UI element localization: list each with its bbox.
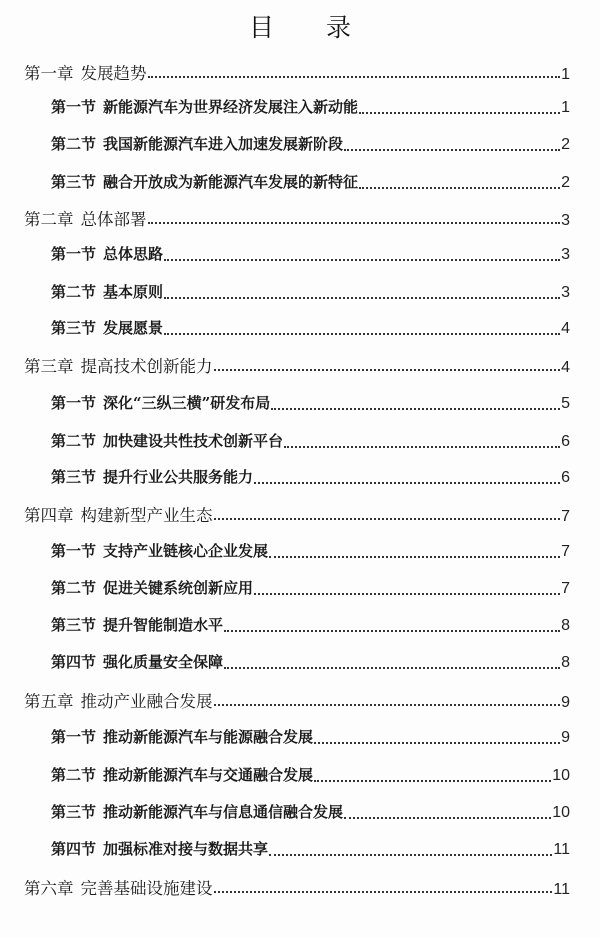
page-number: 6 [561,433,570,451]
section-title: 加强标准对接与数据共享 [103,838,268,859]
section-title: 加快建设共性技术创新平台 [103,430,283,451]
section-title: 提升智能制造水平 [103,614,223,635]
dot-leader [214,369,561,371]
page-number: 6 [561,469,570,487]
section-title: 强化质量安全保障 [103,651,223,672]
dot-leader [254,593,560,595]
toc-section-entry[interactable]: 第二节我国新能源汽车进入加速发展新阶段2 [51,133,570,159]
page-number: 2 [561,136,570,154]
page-number: 8 [561,654,570,672]
section-number: 第二节 [51,577,96,598]
toc-section-entry[interactable]: 第三节提升行业公共服务能力6 [51,466,570,492]
section-number: 第四节 [51,838,96,859]
section-title: 总体思路 [103,243,163,264]
section-number: 第二节 [51,133,96,154]
toc-section-entry[interactable]: 第二节加快建设共性技术创新平台6 [51,430,570,456]
dot-leader [164,259,560,261]
dot-leader [254,482,560,484]
chapter-number: 第三章 [24,353,74,377]
toc-section-entry[interactable]: 第一节新能源汽车为世界经济发展注入新动能1 [51,96,570,122]
chapter-number: 第一章 [24,60,74,84]
dot-leader [271,408,560,410]
section-title: 融合开放成为新能源汽车发展的新特征 [103,171,358,192]
toc-section-entry[interactable]: 第四节加强标准对接与数据共享11 [51,838,570,864]
toc-chapter-entry[interactable]: 第五章推动产业融合发展9 [24,688,570,714]
page-number: 4 [561,320,570,338]
page-number: 10 [552,767,570,785]
page-number: 7 [561,543,570,561]
page-number: 2 [561,174,570,192]
dot-leader [269,556,560,558]
dot-leader [214,518,561,520]
section-number: 第三节 [51,614,96,635]
chapter-title: 提高技术创新能力 [81,353,213,377]
section-title: 支持产业链核心企业发展 [103,540,268,561]
page-number: 1 [561,99,570,117]
chapter-title: 构建新型产业生态 [81,502,213,526]
chapter-title: 总体部署 [81,206,147,230]
section-number: 第四节 [51,651,96,672]
dot-leader [214,704,561,706]
page-number: 7 [561,508,570,526]
section-number: 第一节 [51,96,96,117]
dot-leader [148,76,561,78]
chapter-title: 完善基础设施建设 [81,875,213,899]
page-number: 3 [561,284,570,302]
page-number: 3 [561,246,570,264]
toc-chapter-entry[interactable]: 第一章发展趋势1 [24,60,570,86]
section-title: 推动新能源汽车与交通融合发展 [103,764,313,785]
dot-leader [284,446,560,448]
section-number: 第二节 [51,430,96,451]
chapter-number: 第四章 [24,502,74,526]
chapter-title: 推动产业融合发展 [81,688,213,712]
chapter-number: 第五章 [24,688,74,712]
dot-leader [314,780,551,782]
dot-leader [359,187,560,189]
dot-leader [224,630,560,632]
toc-section-entry[interactable]: 第三节推动新能源汽车与信息通信融合发展10 [51,801,570,827]
dot-leader [359,112,560,114]
section-number: 第三节 [51,466,96,487]
page-number: 10 [552,804,570,822]
page-number: 5 [561,395,570,413]
section-number: 第三节 [51,801,96,822]
toc-section-entry[interactable]: 第三节发展愿景4 [51,317,570,343]
toc-section-entry[interactable]: 第一节支持产业链核心企业发展7 [51,540,570,566]
page-number: 11 [553,841,570,859]
document-page: 目 录 第一章发展趋势1第一节新能源汽车为世界经济发展注入新动能1第二节我国新能… [0,0,600,937]
toc-chapter-entry[interactable]: 第二章总体部署3 [24,206,570,232]
section-title: 新能源汽车为世界经济发展注入新动能 [103,96,358,117]
toc-section-entry[interactable]: 第一节深化“三纵三横”研发布局5 [51,392,570,418]
section-number: 第一节 [51,726,96,747]
toc-section-entry[interactable]: 第二节推动新能源汽车与交通融合发展10 [51,764,570,790]
section-number: 第一节 [51,392,96,413]
toc-chapter-entry[interactable]: 第六章完善基础设施建设11 [24,875,570,901]
dot-leader [224,667,560,669]
toc-section-entry[interactable]: 第三节融合开放成为新能源汽车发展的新特征2 [51,171,570,197]
dot-leader [344,817,551,819]
page-number: 9 [561,729,570,747]
dot-leader [164,333,560,335]
chapter-title: 发展趋势 [81,60,147,84]
chapter-number: 第二章 [24,206,74,230]
toc-section-entry[interactable]: 第一节总体思路3 [51,243,570,269]
toc-section-entry[interactable]: 第二节促进关键系统创新应用7 [51,577,570,603]
dot-leader [148,222,561,224]
toc-title: 目 录 [0,8,600,44]
toc-section-entry[interactable]: 第一节推动新能源汽车与能源融合发展9 [51,726,570,752]
toc-chapter-entry[interactable]: 第三章提高技术创新能力4 [24,353,570,379]
section-title: 推动新能源汽车与信息通信融合发展 [103,801,343,822]
dot-leader [344,149,560,151]
toc-chapter-entry[interactable]: 第四章构建新型产业生态7 [24,502,570,528]
section-title: 我国新能源汽车进入加速发展新阶段 [103,133,343,154]
dot-leader [164,297,560,299]
page-number: 3 [561,212,570,230]
section-number: 第三节 [51,171,96,192]
section-title: 基本原则 [103,281,163,302]
section-number: 第一节 [51,243,96,264]
toc-section-entry[interactable]: 第二节基本原则3 [51,281,570,307]
dot-leader [269,854,552,856]
toc-section-entry[interactable]: 第三节提升智能制造水平8 [51,614,570,640]
page-number: 11 [553,881,570,899]
page-number: 4 [561,359,570,377]
section-title: 促进关键系统创新应用 [103,577,253,598]
dot-leader [314,742,560,744]
section-number: 第二节 [51,764,96,785]
toc-section-entry[interactable]: 第四节强化质量安全保障8 [51,651,570,677]
page-number: 9 [561,694,570,712]
chapter-number: 第六章 [24,875,74,899]
page-number: 8 [561,617,570,635]
section-number: 第二节 [51,281,96,302]
section-title: 发展愿景 [103,317,163,338]
section-number: 第三节 [51,317,96,338]
section-title: 提升行业公共服务能力 [103,466,253,487]
section-title: 深化“三纵三横”研发布局 [103,392,270,413]
section-number: 第一节 [51,540,96,561]
page-number: 7 [561,580,570,598]
page-number: 1 [561,66,570,84]
section-title: 推动新能源汽车与能源融合发展 [103,726,313,747]
dot-leader [214,891,553,893]
